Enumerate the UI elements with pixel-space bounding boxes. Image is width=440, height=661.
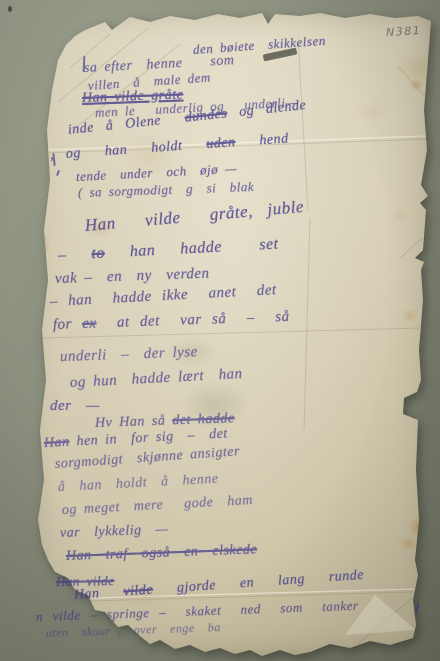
crease: [70, 34, 110, 68]
paper-stain: [356, 100, 390, 124]
photo-background: den bøiete skikkelsensa efter henne somv…: [0, 0, 440, 661]
paper-stain: [396, 52, 440, 84]
crease: [398, 66, 424, 96]
crease-lines: [30, 10, 432, 658]
crease: [304, 218, 310, 430]
crease: [54, 592, 414, 602]
paper-shadow: [30, 10, 432, 658]
crease: [298, 38, 308, 210]
paper-stain: [120, 130, 180, 180]
paper-stain: [401, 308, 419, 323]
paper-stain: [390, 208, 410, 223]
paper-stain: [409, 78, 424, 91]
dust-speck: [8, 6, 12, 12]
crease: [358, 598, 412, 644]
crease: [40, 328, 422, 338]
crease: [76, 44, 180, 128]
fold-crease-bottom-right: [345, 585, 420, 640]
paper-sheet: [30, 10, 432, 658]
paper-stain: [408, 516, 432, 538]
paper-stain: [417, 340, 430, 351]
crease: [400, 238, 422, 258]
crease: [54, 589, 414, 599]
paper-stain: [86, 220, 114, 238]
paper-stain: [180, 380, 250, 430]
paper-stain: [26, 230, 50, 262]
crease: [58, 28, 148, 102]
paper-stain: [400, 536, 418, 551]
paper-stain: [165, 336, 219, 368]
paper-stain: [122, 590, 166, 610]
archival-number: N381: [386, 24, 422, 39]
crease: [44, 136, 426, 150]
crease: [44, 139, 426, 153]
